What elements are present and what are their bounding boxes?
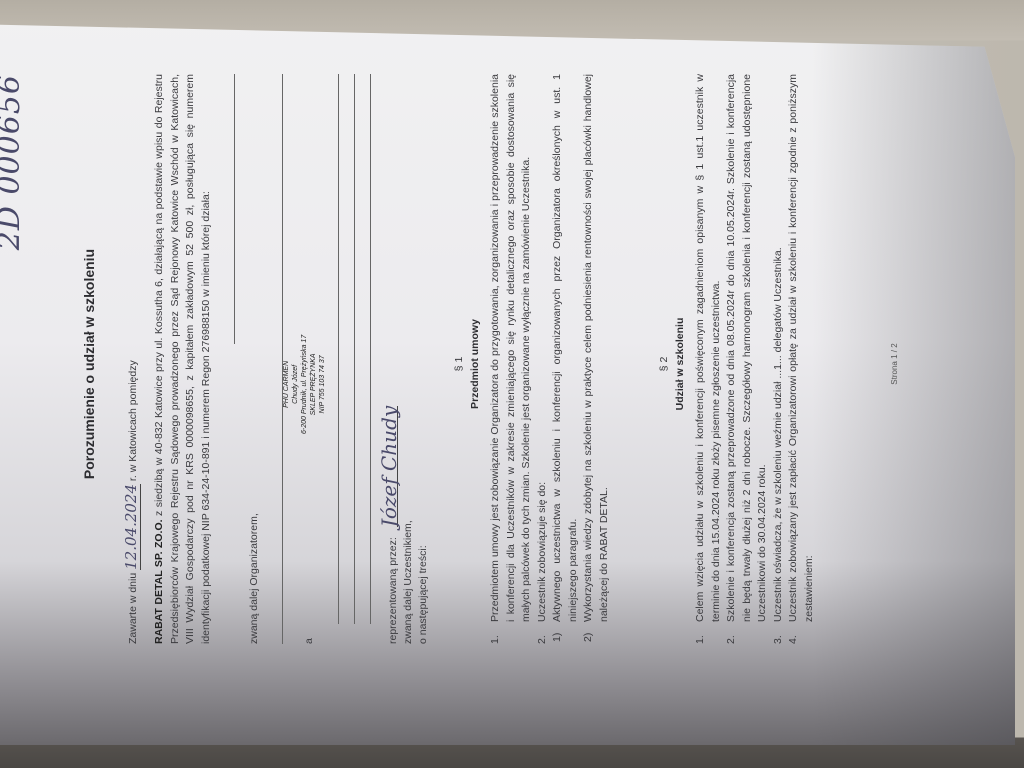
section1-title: Przedmiot umowy — [468, 44, 484, 684]
represented-by: reprezentowaną przez: — [387, 537, 399, 644]
document-title: Porozumienie o udział w szkoleniu — [82, 44, 98, 684]
list-item: 3.Uczestnik oświadcza, że w szkoleniu we… — [771, 74, 787, 644]
list-item: 1.Celem wzięcia udziału w szkoleniu i ko… — [693, 74, 724, 644]
section2-sign: § 2 — [657, 44, 673, 684]
made-in-prefix: Zawarte w dniu — [127, 573, 139, 644]
blank-line-1 — [338, 74, 339, 624]
list-item: 2.Szkolenie i konferencja zostaną przepr… — [724, 74, 771, 644]
section1-list: 1.Przedmiotem umowy jest zobowiązanie Or… — [488, 74, 612, 644]
list-item: 4.Uczestnik zobowiązany jest zapłacić Or… — [786, 74, 817, 644]
section2-title: Udział w szkoleniu — [673, 44, 689, 684]
participant-block: reprezentowaną przez:Józef Chudy zwaną d… — [382, 406, 431, 644]
list-subitem: 1)Aktywnego uczestnictwa w szkoleniu i k… — [550, 74, 581, 644]
organizer-block: RABAT DETAL SP. ZO.O. z siedzibą w 40-83… — [152, 74, 214, 644]
organizer-name: RABAT DETAL SP. ZO.O. — [153, 519, 165, 644]
made-in-suffix: r. w Katowicach pomiędzy — [127, 360, 139, 481]
section2-list: 1.Celem wzięcia udziału w szkoleniu i ko… — [693, 74, 817, 644]
document-number: 2D 000656 — [2, 74, 18, 250]
blank-line-3 — [370, 74, 371, 624]
organizer-called: zwaną dalej Organizatorem, — [247, 513, 263, 644]
signature-line — [234, 74, 235, 344]
made-in-date: 12.04.2024 — [124, 484, 141, 570]
content-intro: o następującej treści: — [416, 406, 431, 644]
list-item: 2.Uczestnik zobowiązuje się do: — [535, 74, 551, 644]
company-stamp: PHU CARMEN Chudy Józef 6-200 Prudnik, ul… — [282, 335, 327, 434]
participant-called: zwaną dalej Uczestnikiem, — [401, 406, 416, 644]
and-letter: a — [302, 638, 318, 644]
list-subitem: 2)Wykorzystania wiedzy zdobytej na szkol… — [581, 74, 612, 644]
blank-line-2 — [354, 74, 355, 624]
page-footer: Strona 1 / 2 — [887, 44, 903, 684]
section1-sign: § 1 — [452, 44, 468, 684]
document-page: 2D 000656 Porozumienie o udział w szkole… — [42, 44, 922, 684]
made-in-line: Zawarte w dniu 12.04.2024 r. w Katowicac… — [124, 360, 142, 644]
list-item: 1.Przedmiotem umowy jest zobowiązanie Or… — [488, 74, 535, 644]
participant-signature: Józef Chudy — [382, 406, 398, 527]
